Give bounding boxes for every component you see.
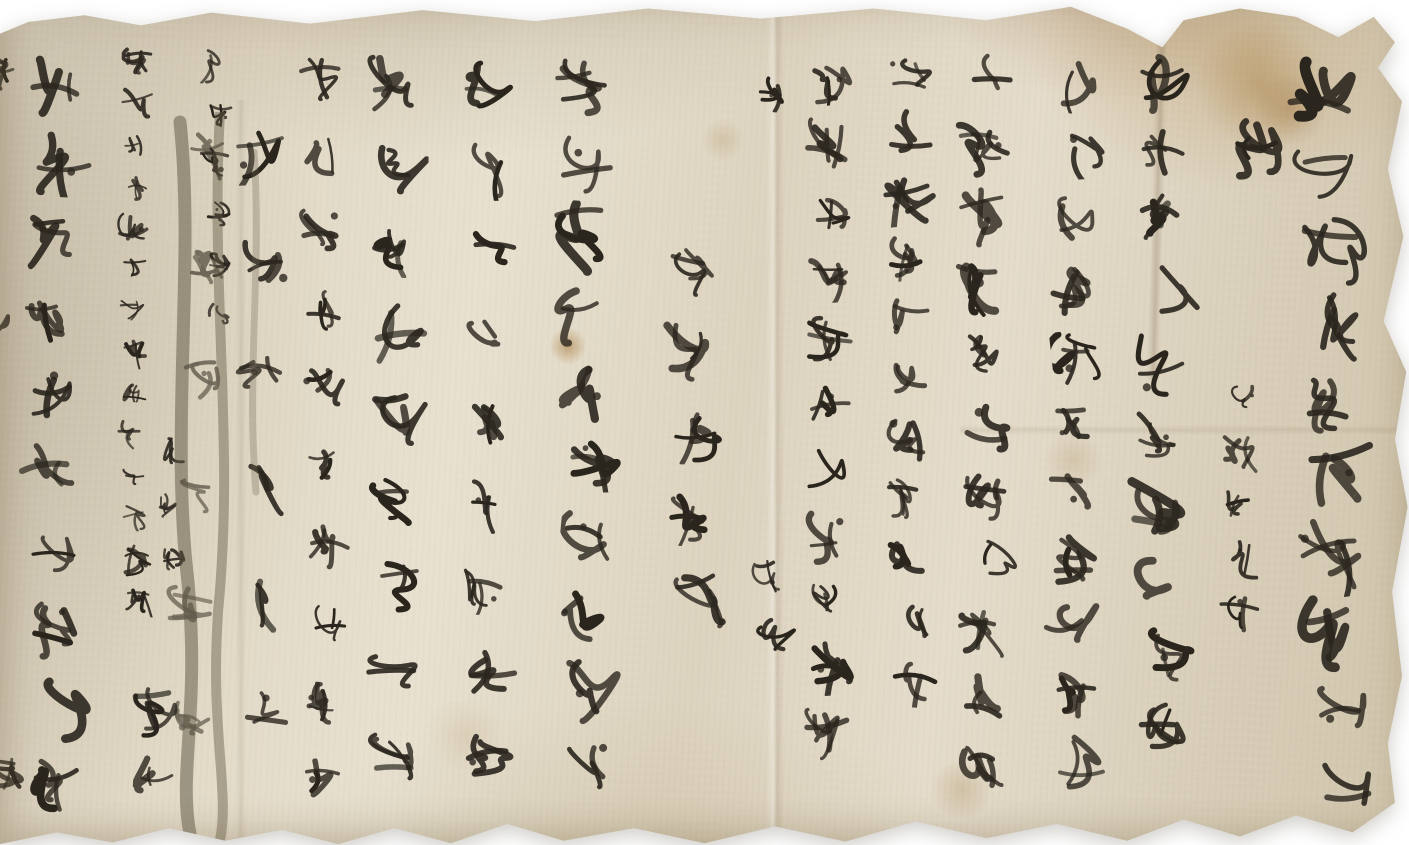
- calligraphy-glyph: [114, 417, 150, 453]
- calligraphy-glyph: [890, 597, 935, 642]
- calligraphy-glyph: [229, 122, 293, 186]
- calligraphy-glyph: [457, 563, 511, 617]
- calligraphy-glyph: [753, 616, 799, 662]
- calligraphy-glyph: [1221, 485, 1262, 526]
- calligraphy-glyph: [1044, 462, 1104, 522]
- edge-partial-glyph-2: [0, 294, 18, 342]
- calligraphy-glyph: [803, 251, 857, 305]
- calligraphy-glyph: [1130, 260, 1203, 333]
- calligraphy-glyph: [1040, 594, 1105, 659]
- calligraphy-glyph: [966, 536, 1020, 590]
- calligraphy-glyph: [205, 101, 235, 131]
- calligraphy-glyph: [365, 475, 423, 533]
- calligraphy-glyph: [24, 599, 89, 664]
- calligraphy-glyph: [464, 646, 520, 702]
- calligraphy-glyph: [196, 146, 234, 184]
- calligraphy-glyph: [554, 128, 624, 198]
- calligraphy-column-3: [1050, 60, 1104, 803]
- calligraphy-glyph: [233, 352, 285, 404]
- calligraphy-glyph: [121, 380, 149, 408]
- calligraphy-glyph: [564, 436, 621, 493]
- calligraphy-glyph: [464, 139, 526, 201]
- calligraphy-glyph: [1290, 512, 1380, 602]
- calligraphy-glyph: [126, 684, 185, 743]
- calligraphy-glyph: [0, 293, 21, 343]
- calligraphy-glyph: [547, 53, 615, 121]
- calligraphy-glyph: [363, 643, 420, 700]
- calligraphy-column-5: [886, 52, 934, 717]
- calligraphy-glyph: [955, 668, 1020, 733]
- calligraphy-glyph: [240, 689, 291, 740]
- calligraphy-glyph: [745, 555, 789, 599]
- calligraphy-glyph: [561, 733, 629, 801]
- calligraphy-glyph: [118, 129, 151, 162]
- paper-crease: [766, 0, 784, 845]
- calligraphy-glyph: [669, 406, 728, 465]
- calligraphy-glyph: [664, 564, 735, 635]
- calligraphy-glyph: [118, 84, 158, 124]
- calligraphy-glyph: [121, 254, 153, 286]
- edge-partial-glyph-1: [0, 50, 26, 102]
- annotation-column-4: [158, 436, 188, 598]
- calligraphy-glyph: [158, 435, 191, 468]
- calligraphy-column-7: [660, 240, 724, 650]
- calligraphy-glyph: [154, 489, 187, 522]
- calligraphy-glyph: [294, 51, 346, 103]
- calligraphy-glyph: [160, 545, 187, 572]
- calligraphy-glyph: [364, 52, 429, 117]
- calligraphy-glyph: [885, 652, 942, 709]
- interlinear-mark-1: [750, 74, 788, 112]
- calligraphy-glyph: [549, 583, 615, 649]
- calligraphy-glyph: [885, 52, 934, 101]
- calligraphy-glyph: [466, 311, 519, 364]
- calligraphy-glyph: [1120, 474, 1196, 550]
- calligraphy-glyph: [300, 520, 353, 573]
- calligraphy-glyph: [798, 312, 859, 373]
- calligraphy-glyph: [557, 507, 625, 575]
- calligraphy-column-4: [962, 52, 1016, 812]
- calligraphy-glyph: [299, 680, 345, 726]
- calligraphy-glyph: [115, 210, 151, 246]
- signature-column-2: [138, 690, 184, 823]
- manuscript-photo: [0, 0, 1409, 845]
- calligraphy-glyph: [555, 355, 623, 423]
- calligraphy-glyph: [17, 360, 92, 435]
- annotation-column-2: [202, 50, 234, 348]
- calligraphy-column-12: [238, 126, 294, 798]
- calligraphy-glyph: [660, 242, 720, 302]
- photo-wrapper: [0, 0, 1409, 845]
- calligraphy-glyph: [375, 559, 434, 618]
- calligraphy-glyph: [25, 128, 96, 199]
- calligraphy-glyph: [752, 72, 793, 113]
- calligraphy-glyph: [881, 532, 936, 587]
- calligraphy-column-8: [551, 56, 624, 813]
- calligraphy-glyph: [1216, 428, 1264, 476]
- calligraphy-glyph: [302, 132, 348, 178]
- calligraphy-glyph: [21, 210, 84, 273]
- calligraphy-glyph: [881, 476, 928, 523]
- calligraphy-glyph: [959, 465, 1017, 523]
- calligraphy-glyph: [206, 249, 237, 280]
- calligraphy-glyph: [1126, 548, 1198, 620]
- calligraphy-column-6: [804, 58, 854, 773]
- calligraphy-glyph: [302, 286, 353, 337]
- calligraphy-glyph: [366, 725, 427, 786]
- calligraphy-glyph: [1134, 123, 1195, 184]
- calligraphy-glyph: [957, 329, 1010, 382]
- calligraphy-glyph: [800, 446, 854, 500]
- calligraphy-glyph: [799, 704, 858, 763]
- calligraphy-glyph: [238, 569, 305, 636]
- calligraphy-glyph: [0, 749, 32, 804]
- calligraphy-glyph: [117, 297, 145, 325]
- calligraphy-glyph: [888, 355, 934, 401]
- calligraphy-glyph: [967, 51, 1024, 108]
- calligraphy-glyph: [1225, 378, 1264, 417]
- calligraphy-glyph: [121, 584, 154, 617]
- calligraphy-glyph: [304, 444, 353, 493]
- calligraphy-glyph: [460, 477, 517, 534]
- calligraphy-glyph: [116, 540, 155, 579]
- calligraphy-glyph: [1056, 128, 1108, 180]
- calligraphy-glyph: [23, 50, 94, 121]
- calligraphy-glyph: [1226, 115, 1294, 183]
- calligraphy-glyph: [1048, 731, 1111, 794]
- calligraphy-glyph: [883, 412, 937, 466]
- calligraphy-glyph: [1044, 257, 1109, 322]
- calligraphy-glyph: [1294, 204, 1384, 294]
- calligraphy-glyph: [1135, 698, 1195, 758]
- calligraphy-glyph: [1302, 439, 1384, 521]
- calligraphy-glyph: [1046, 528, 1109, 591]
- calligraphy-column-10: [370, 56, 426, 812]
- calligraphy-glyph: [877, 166, 940, 229]
- calligraphy-glyph: [952, 601, 1013, 662]
- calligraphy-glyph: [1298, 369, 1366, 437]
- calligraphy-glyph: [1301, 288, 1376, 363]
- calligraphy-glyph: [1307, 673, 1382, 748]
- calligraphy-glyph: [21, 521, 87, 587]
- annotation-column-3: [120, 48, 150, 627]
- calligraphy-glyph: [547, 280, 615, 348]
- calligraphy-glyph: [196, 48, 232, 84]
- annotation-column-1: [1222, 378, 1262, 648]
- calligraphy-glyph: [1288, 133, 1367, 212]
- calligraphy-glyph: [452, 53, 519, 120]
- calligraphy-glyph: [1054, 667, 1108, 721]
- calligraphy-glyph: [1132, 46, 1201, 115]
- calligraphy-glyph: [957, 741, 1016, 800]
- calligraphy-glyph: [885, 232, 936, 283]
- calligraphy-glyph: [0, 52, 29, 101]
- calligraphy-glyph: [960, 392, 1026, 458]
- calligraphy-glyph: [233, 232, 300, 299]
- calligraphy-glyph: [810, 60, 856, 106]
- calligraphy-glyph: [1052, 400, 1102, 450]
- calligraphy-column-2: [1129, 50, 1197, 770]
- calligraphy-column-13: [22, 54, 84, 835]
- calligraphy-glyph: [460, 728, 521, 789]
- calligraphy-glyph: [122, 46, 155, 79]
- calligraphy-glyph: [366, 299, 439, 372]
- calligraphy-glyph: [802, 639, 861, 698]
- calligraphy-glyph: [364, 386, 432, 454]
- calligraphy-glyph: [798, 507, 860, 569]
- calligraphy-glyph: [231, 459, 292, 520]
- calligraphy-glyph: [464, 396, 516, 448]
- calligraphy-glyph: [1224, 539, 1266, 581]
- calligraphy-glyph: [1051, 58, 1109, 116]
- calligraphy-glyph: [293, 204, 351, 262]
- calligraphy-glyph: [1049, 327, 1109, 387]
- calligraphy-glyph: [808, 189, 856, 237]
- calligraphy-glyph: [306, 603, 349, 646]
- calligraphy-glyph: [1043, 190, 1106, 253]
- calligraphy-glyph: [179, 356, 226, 403]
- calligraphy-glyph: [1292, 590, 1380, 678]
- calligraphy-glyph: [120, 463, 147, 490]
- calligraphy-glyph: [1316, 754, 1383, 821]
- calligraphy-glyph: [795, 115, 861, 181]
- calligraphy-glyph: [119, 335, 154, 370]
- calligraphy-glyph: [953, 182, 1023, 252]
- calligraphy-glyph: [204, 198, 237, 231]
- calligraphy-glyph: [16, 669, 97, 750]
- calligraphy-glyph: [949, 252, 1017, 320]
- calligraphy-glyph: [884, 291, 937, 344]
- calligraphy-glyph: [14, 439, 87, 512]
- paper-sheet: [0, 0, 1409, 845]
- calligraphy-glyph: [540, 199, 619, 278]
- calligraphy-glyph: [951, 115, 1017, 181]
- calligraphy-glyph: [366, 225, 420, 279]
- calligraphy-glyph: [804, 579, 851, 626]
- calligraphy-column-11: [300, 54, 346, 836]
- calligraphy-glyph: [1132, 190, 1201, 259]
- calligraphy-column-9: [462, 58, 518, 814]
- calligraphy-glyph: [298, 363, 351, 416]
- calligraphy-glyph: [559, 655, 633, 729]
- calligraphy-glyph: [1135, 623, 1201, 689]
- calligraphy-glyph: [467, 227, 521, 281]
- calligraphy-glyph: [299, 756, 348, 805]
- calligraphy-glyph: [123, 172, 153, 202]
- calligraphy-glyph: [18, 291, 76, 349]
- calligraphy-glyph: [1130, 331, 1206, 407]
- signature-column-1: [748, 554, 794, 678]
- calligraphy-glyph: [1126, 409, 1188, 471]
- calligraphy-glyph: [372, 140, 428, 196]
- calligraphy-glyph: [652, 319, 722, 389]
- paper-stain: [700, 120, 746, 160]
- calligraphy-glyph: [804, 382, 857, 435]
- calligraphy-glyph: [664, 487, 725, 548]
- calligraphy-glyph: [882, 104, 946, 168]
- calligraphy-glyph: [132, 753, 186, 807]
- calligraphy-glyph: [201, 298, 232, 329]
- calligraphy-glyph: [119, 504, 148, 533]
- calligraphy-glyph: [1216, 591, 1261, 636]
- edge-partial-glyph-3: [0, 752, 26, 802]
- calligraphy-column-1: [1293, 57, 1380, 828]
- calligraphy-column-1-continuation: [1236, 120, 1294, 178]
